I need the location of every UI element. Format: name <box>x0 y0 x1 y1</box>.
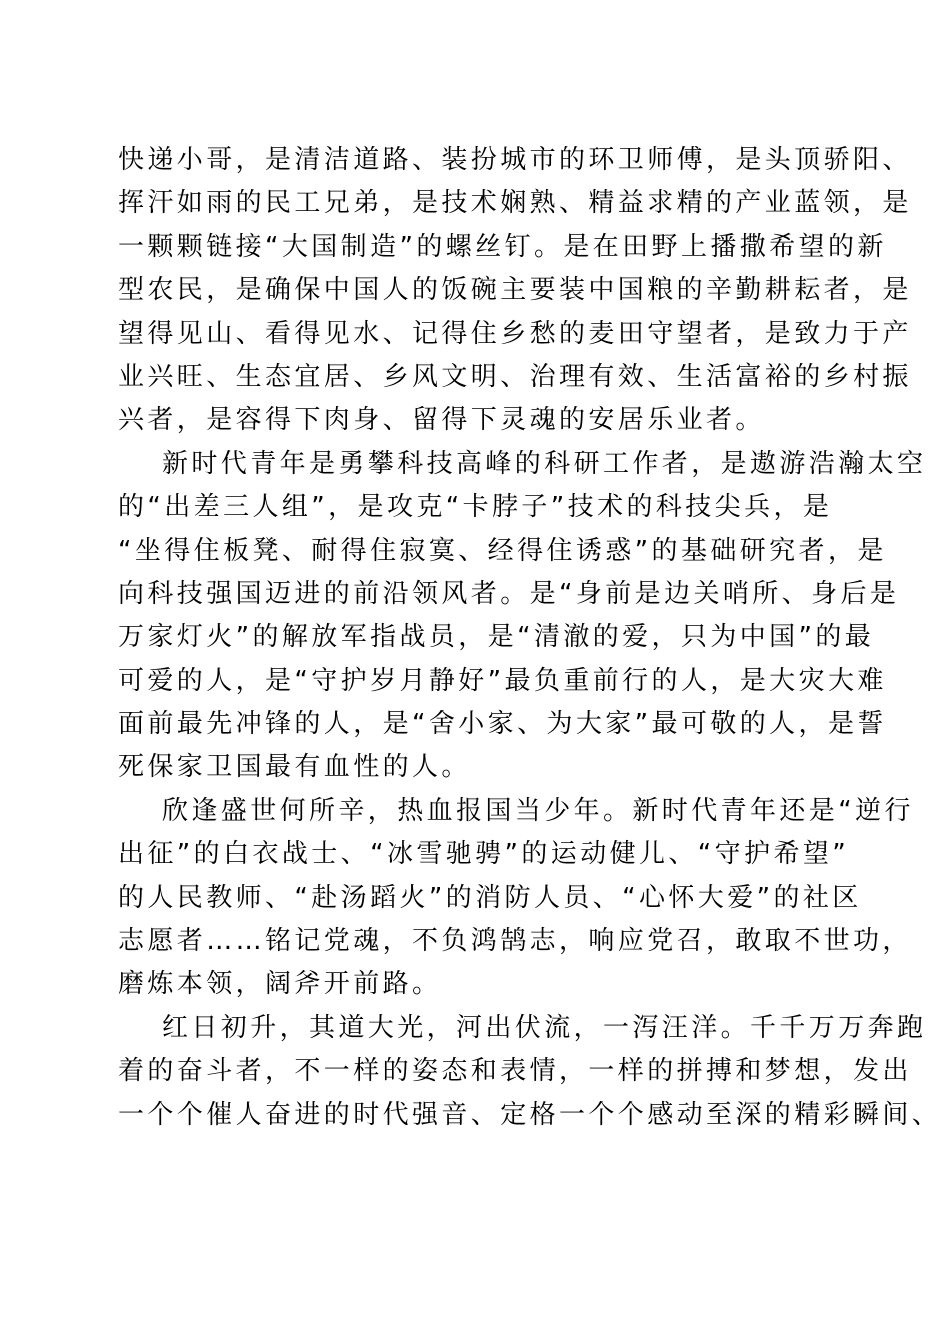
text-line: 一颗颗链接“大国制造”的螺丝钉。是在田野上播撒希望的新 <box>118 226 838 269</box>
text-line: 可爱的人，是“守护岁月静好”最负重前行的人，是大灾大难 <box>118 660 838 703</box>
text-line: 望得见山、看得见水、记得住乡愁的麦田守望者，是致力于产 <box>118 313 838 356</box>
paragraph-1: 快递小哥，是清洁道路、装扮城市的环卫师傅，是头顶骄阳、 挥汗如雨的民工兄弟，是技… <box>118 139 838 443</box>
text-line: 红日初升，其道大光，河出伏流，一泻汪洋。千千万万奔跑 <box>118 1007 838 1050</box>
text-line: 志愿者……铭记党魂，不负鸿鹄志，响应党召，敢取不世功， <box>118 920 838 963</box>
paragraph-4: 红日初升，其道大光，河出伏流，一泻汪洋。千千万万奔跑 着的奋斗者，不一样的姿态和… <box>118 1007 838 1137</box>
text-line: 挥汗如雨的民工兄弟，是技术娴熟、精益求精的产业蓝领，是 <box>118 182 838 225</box>
text-line: 的“出差三人组”，是攻克“卡脖子”技术的科技尖兵，是 <box>118 486 838 529</box>
text-line: 出征”的白衣战士、“冰雪驰骋”的运动健儿、“守护希望” <box>118 833 838 876</box>
text-line: 万家灯火”的解放军指战员，是“清澈的爱，只为中国”的最 <box>118 616 838 659</box>
text-line: 一个个催人奋进的时代强音、定格一个个感动至深的精彩瞬间、 <box>118 1094 838 1137</box>
text-line: 磨炼本领，阔斧开前路。 <box>118 963 838 1006</box>
text-line: “坐得住板凳、耐得住寂寞、经得住诱惑”的基础研究者，是 <box>118 530 838 573</box>
text-line: 兴者，是容得下肉身、留得下灵魂的安居乐业者。 <box>118 399 838 442</box>
text-line: 着的奋斗者，不一样的姿态和表情，一样的拼搏和梦想，发出 <box>118 1050 838 1093</box>
text-line: 业兴旺、生态宜居、乡风文明、治理有效、生活富裕的乡村振 <box>118 356 838 399</box>
text-line: 向科技强国迈进的前沿领风者。是“身前是边关哨所、身后是 <box>118 573 838 616</box>
paragraph-2: 新时代青年是勇攀科技高峰的科研工作者，是遨游浩瀚太空 的“出差三人组”，是攻克“… <box>118 443 838 790</box>
text-line: 欣逢盛世何所辛，热血报国当少年。新时代青年还是“逆行 <box>118 790 838 833</box>
text-line: 的人民教师、“赴汤蹈火”的消防人员、“心怀大爱”的社区 <box>118 877 838 920</box>
text-line: 死保家卫国最有血性的人。 <box>118 746 838 789</box>
document-page: 快递小哥，是清洁道路、装扮城市的环卫师傅，是头顶骄阳、 挥汗如雨的民工兄弟，是技… <box>0 0 950 1344</box>
text-line: 型农民，是确保中国人的饭碗主要装中国粮的辛勤耕耘者，是 <box>118 269 838 312</box>
paragraph-3: 欣逢盛世何所辛，热血报国当少年。新时代青年还是“逆行 出征”的白衣战士、“冰雪驰… <box>118 790 838 1007</box>
text-line: 新时代青年是勇攀科技高峰的科研工作者，是遨游浩瀚太空 <box>118 443 838 486</box>
text-line: 快递小哥，是清洁道路、装扮城市的环卫师傅，是头顶骄阳、 <box>118 139 838 182</box>
document-body: 快递小哥，是清洁道路、装扮城市的环卫师傅，是头顶骄阳、 挥汗如雨的民工兄弟，是技… <box>118 139 838 1137</box>
text-line: 面前最先冲锋的人，是“舍小家、为大家”最可敬的人，是誓 <box>118 703 838 746</box>
